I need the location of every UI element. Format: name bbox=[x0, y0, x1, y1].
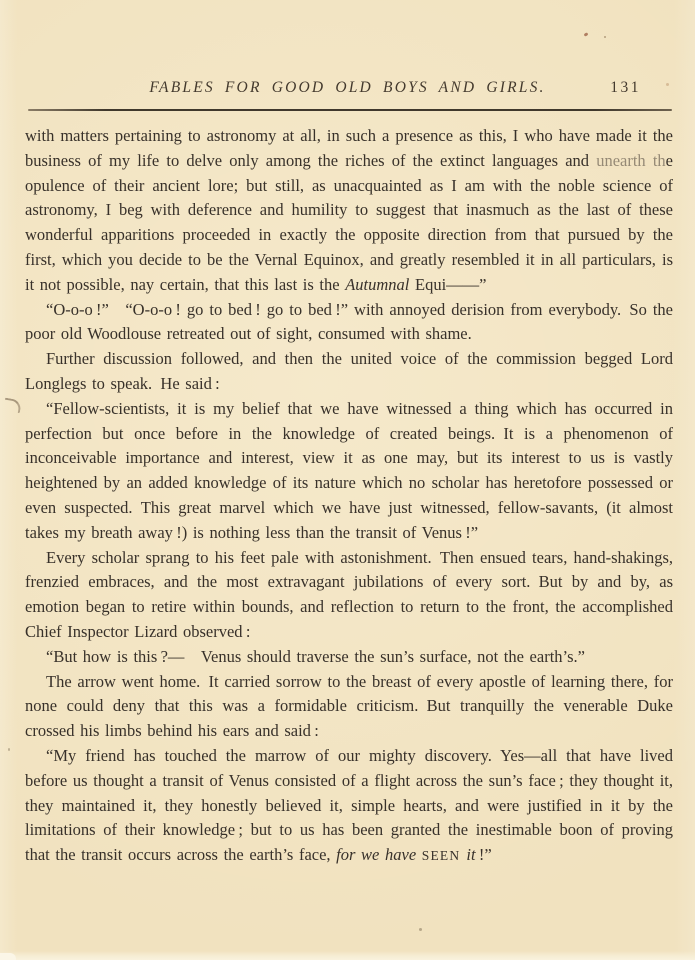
paragraph-8-italic-word: it bbox=[466, 845, 475, 864]
paragraph-2: “O-o-o !” “O-o-o ! go to bed ! go to bed… bbox=[25, 298, 673, 348]
paragraph-1-end: Equi——” bbox=[409, 275, 486, 294]
paragraph-1: with matters pertaining to astronomy at … bbox=[25, 124, 673, 298]
paragraph-3: Further discussion followed, and then th… bbox=[25, 347, 673, 397]
paper-speck bbox=[584, 32, 589, 37]
paper-speck bbox=[604, 36, 606, 38]
paragraph-1-text: with matters pertaining to astronomy at … bbox=[25, 126, 673, 294]
margin-pen-mark bbox=[3, 398, 22, 414]
paragraph-7: The arrow went home. It carried sorrow t… bbox=[25, 670, 673, 744]
paragraph-5: Every scholar sprang to his feet pale wi… bbox=[25, 546, 673, 645]
paragraph-8-smallcaps-word: SEEN bbox=[422, 848, 467, 863]
page-corner bbox=[0, 953, 16, 960]
paragraph-8: “My friend has touched the marrow of our… bbox=[25, 744, 673, 869]
paper-speck bbox=[419, 928, 422, 931]
header-rule bbox=[28, 109, 672, 111]
page-bottom-edge bbox=[0, 951, 695, 960]
paper-speck bbox=[666, 83, 669, 86]
paper-speck bbox=[8, 748, 10, 751]
page-text: with matters pertaining to astronomy at … bbox=[25, 124, 673, 869]
paragraph-8-italic-phrase: for we have bbox=[336, 845, 422, 864]
running-head-title: FABLES FOR GOOD OLD BOYS AND GIRLS. bbox=[0, 79, 695, 97]
paragraph-6: “But how is this ?— Venus should travers… bbox=[25, 645, 673, 670]
paragraph-4: “Fellow-scientists, it is my belief that… bbox=[25, 397, 673, 546]
paragraph-1-italic-word: Autumnal bbox=[345, 275, 409, 294]
book-page: FABLES FOR GOOD OLD BOYS AND GIRLS. 131 … bbox=[0, 0, 695, 960]
page-number: 131 bbox=[610, 79, 641, 97]
paragraph-8-end: !” bbox=[476, 845, 492, 864]
